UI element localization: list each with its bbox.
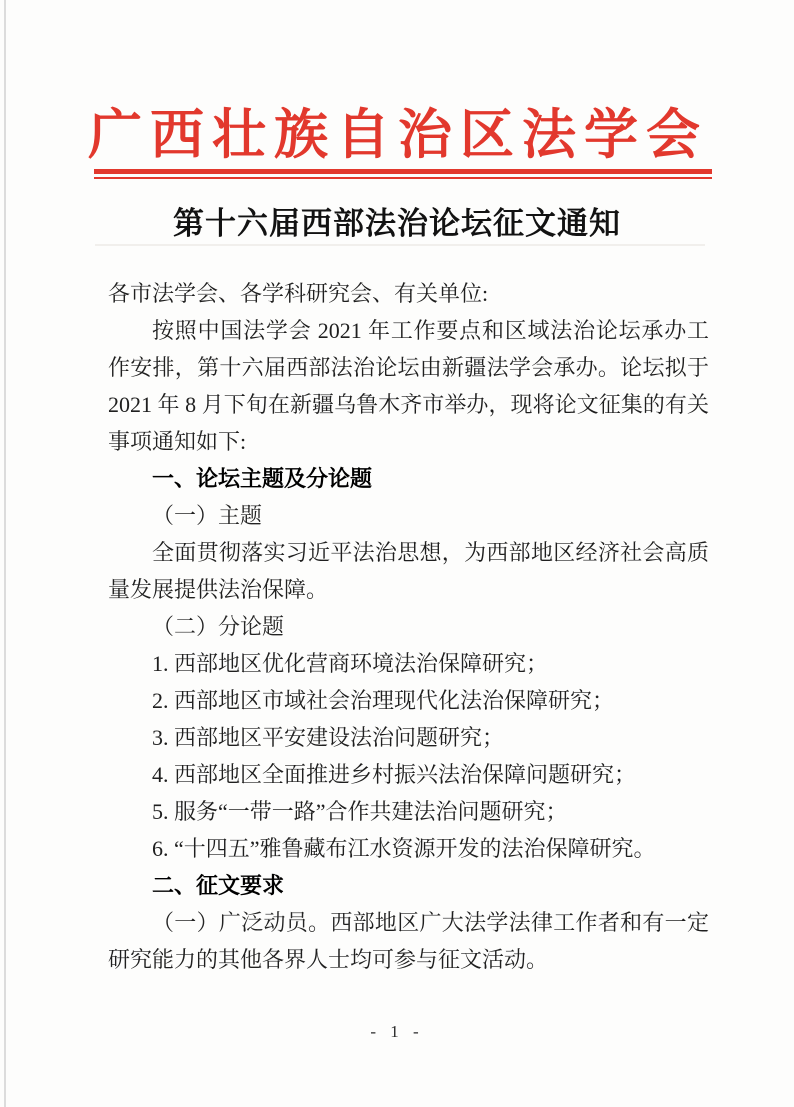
- page-footer: - 1 -: [0, 1022, 794, 1042]
- topic-item-3: 3. 西部地区平安建设法治问题研究；: [108, 719, 709, 756]
- requirement-paragraph: （一）广泛动员。西部地区广大法学法律工作者和有一定研究能力的其他各界人士均可参与…: [108, 904, 709, 978]
- theme-statement-paragraph: 全面贯彻落实习近平法治思想，为西部地区经济社会高质量发展提供法治保障。: [108, 534, 709, 608]
- topic-item-1: 1. 西部地区优化营商环境法治保障研究；: [108, 645, 709, 682]
- intro-paragraph: 按照中国法学会 2021 年工作要点和区域法治论坛承办工作安排，第十六届西部法治…: [108, 312, 709, 460]
- requirement-1-label: （一）广泛动员。: [152, 910, 330, 935]
- document-page: 广西壮族自治区法学会 第十六届西部法治论坛征文通知 各市法学会、各学科研究会、有…: [0, 0, 794, 1107]
- section-1-sub-2-heading: （二）分论题: [108, 608, 709, 645]
- document-title: 第十六届西部法治论坛征文通知: [0, 198, 794, 243]
- page-number: - 1 -: [370, 1022, 423, 1041]
- letterhead-org-title: 广西壮族自治区法学会: [86, 92, 710, 169]
- topic-item-4: 4. 西部地区全面推进乡村振兴法治保障问题研究；: [108, 756, 709, 793]
- scan-artifact-line: [95, 244, 705, 246]
- section-1-heading: 一、论坛主题及分论题: [108, 460, 709, 497]
- topic-item-5: 5. 服务“一带一路”合作共建法治问题研究；: [108, 793, 709, 830]
- letterhead-rule-thin: [94, 177, 712, 179]
- topic-item-6: 6. “十四五”雅鲁藏布江水资源开发的法治保障研究。: [108, 830, 709, 867]
- scan-edge-line: [4, 0, 6, 1107]
- section-1-sub-1-heading: （一）主题: [108, 497, 709, 534]
- letterhead-double-rule: [94, 169, 712, 179]
- salutation: 各市法学会、各学科研究会、有关单位:: [108, 275, 709, 312]
- topic-item-2: 2. 西部地区市域社会治理现代化法治保障研究；: [108, 682, 709, 719]
- letterhead-rule-thick: [94, 169, 712, 174]
- section-2-heading: 二、征文要求: [108, 867, 709, 904]
- document-body: 各市法学会、各学科研究会、有关单位: 按照中国法学会 2021 年工作要点和区域…: [108, 275, 709, 978]
